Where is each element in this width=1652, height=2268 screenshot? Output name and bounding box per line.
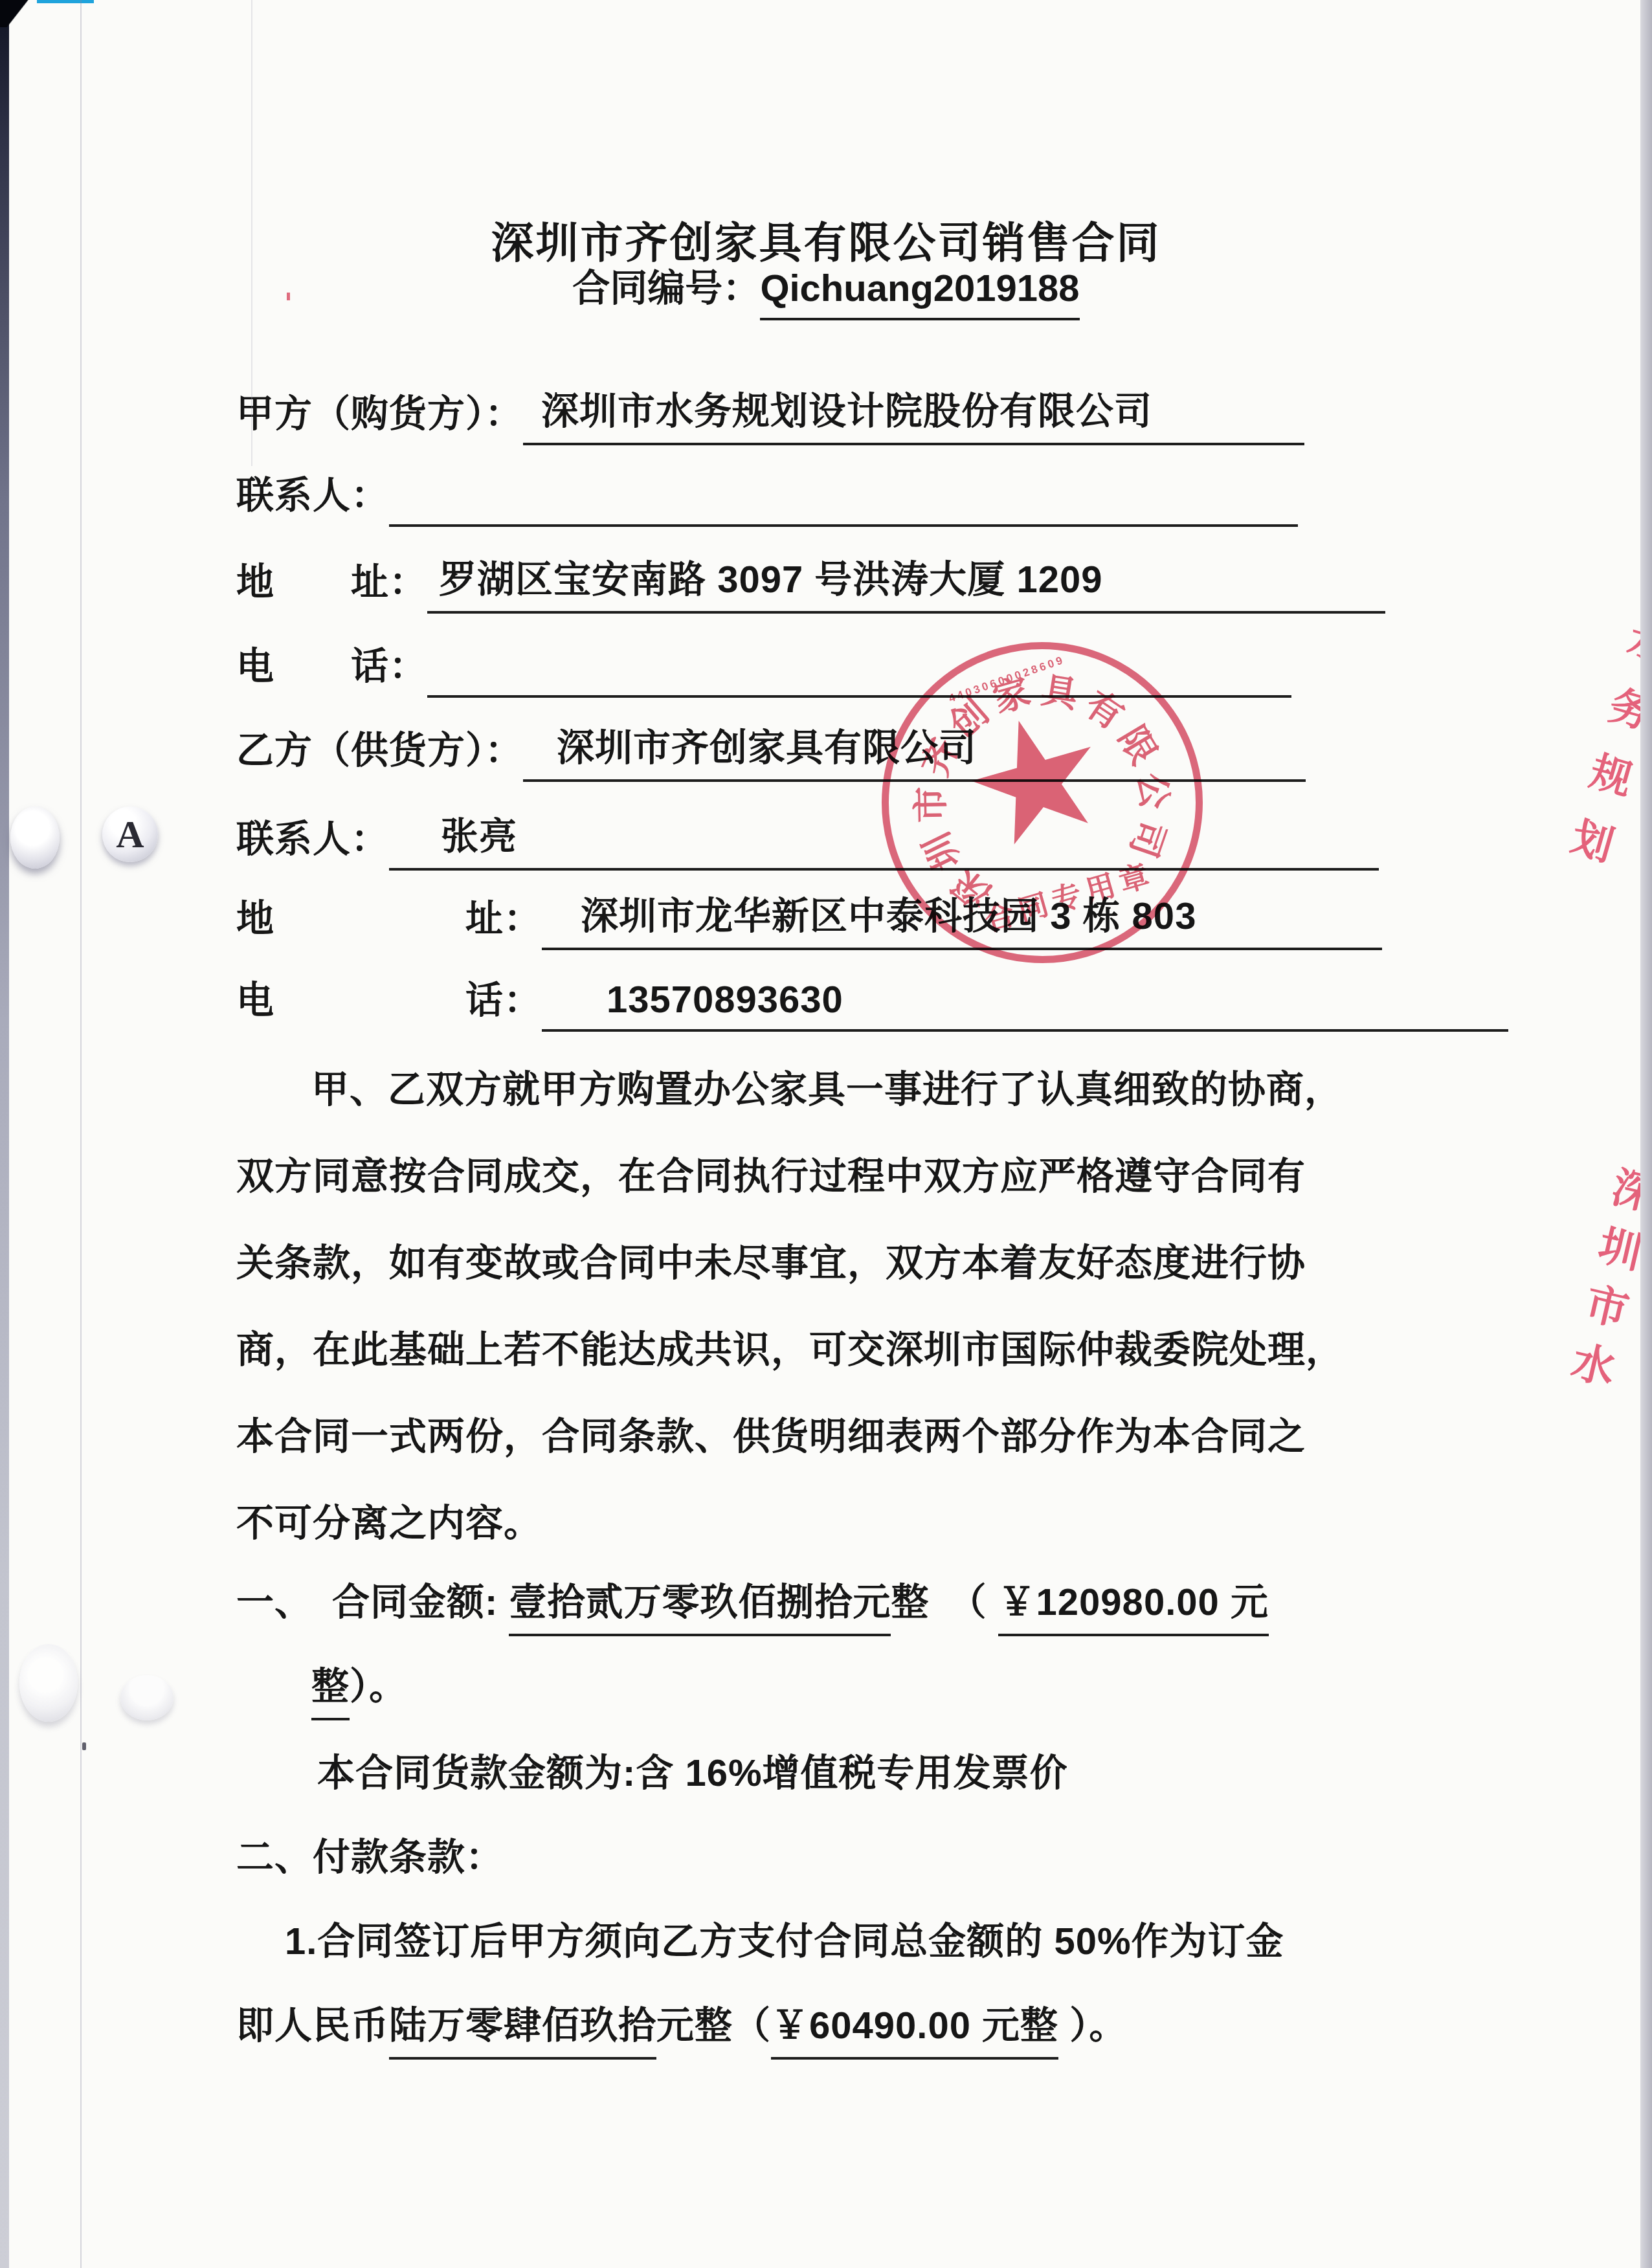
paragraph-line: 关条款，如有变故或合同中未尽事宜，双方本着友好态度进行协 [236,1232,1306,1287]
paragraph-line: 本合同一式两份，合同条款、供货明细表两个部分作为本合同之 [236,1406,1306,1460]
red-ink-speck [287,293,290,300]
paragraph-line: 不可分离之内容。 [236,1493,542,1547]
contact-b-row: 联系人： 张亮 [236,806,1379,871]
paren-open: （ [929,1572,998,1634]
page-letter: A [116,812,144,857]
dark-speck [82,1742,86,1750]
scan-blue-line-artifact [37,0,94,3]
vat-line: 本合同货款金额为:含 16%增值税专用发票价 [317,1742,1068,1797]
paper-dent [120,1675,173,1720]
scan-corner-shadow [0,0,41,27]
paragraph-line: 双方同意按合同成交，在合同执行过程中双方应严格遵守合同有 [236,1146,1306,1200]
address-a-label: 地 址： [236,551,427,614]
paper-crease [251,0,252,466]
phone-a-value [427,687,1291,698]
deposit-chinese: 陆万零肆佰玖拾 [389,1995,656,2060]
amount-wrap-tail: ）。 [350,1656,407,1718]
contract-number-label: 合同编号： [572,267,760,309]
amount-clause-wrap-line: 整）。 [311,1656,407,1720]
payment-section-title: 二、付款条款： [236,1827,504,1881]
phone-b-row: 电 话： 13570893630 [236,970,1508,1032]
payment-clause-1: 1.合同签订后甲方须向乙方支付合同总金额的 50%作为订金 [285,1911,1284,1965]
deposit-prefix: 即人民币 [236,1995,389,2057]
address-b-row: 地 址： 深圳市龙华新区中泰科技园 3 栋 803 [236,885,1382,950]
hole-punch-bump [19,1644,78,1722]
scan-edge-strip [0,0,9,2268]
address-a-row: 地 址： 罗湖区宝安南路 3097 号洪涛大厦 1209 [236,549,1385,614]
address-b-value: 深圳市龙华新区中泰科技园 3 栋 803 [542,885,1382,950]
party-b-row: 乙方（供货方）： 深圳市齐创家具有限公司 [236,717,1306,782]
party-a-row: 甲方（购货方）： 深圳市水务规划设计院股份有限公司 [236,381,1304,445]
party-a-value: 深圳市水务规划设计院股份有限公司 [523,381,1304,445]
amount-chinese-tail: 整 [891,1572,929,1634]
address-a-value: 罗湖区宝安南路 3097 号洪涛大厦 1209 [427,549,1385,614]
contact-a-label: 联系人： [236,465,389,527]
red-stamp-fragment-lower: 深圳市水 [1552,1161,1652,1407]
page-letter-mark: A [102,806,158,862]
scan-right-edge-band [1640,0,1652,2268]
deposit-tail: ）。 [1058,1995,1127,2057]
party-a-label: 甲方（购货方）： [236,383,523,445]
scanned-contract-page: 深圳市齐创家具有限公司销售合同 合同编号：Qichuang2019188 甲方（… [0,0,1652,2268]
amount-clause-line: 一、 合同金额: 壹拾贰万零玖佰捌拾元整 （ ￥120980.00 元 [236,1572,1269,1636]
contact-a-value [389,517,1298,527]
phone-a-label: 电 话： [236,636,427,698]
payment-clause-2: 即人民币陆万零肆佰玖拾元整（￥60490.00 元整 ）。 [236,1995,1127,2060]
party-b-label: 乙方（供货方）： [236,720,523,782]
contract-number-value: Qichuang2019188 [760,267,1079,320]
phone-a-row: 电 话： [236,636,1291,698]
paper-crease [80,0,82,2268]
red-stamp-fragment-upper: 水务规划 [1548,614,1652,894]
address-b-label: 地 址： [236,888,542,950]
deposit-mid: 元整（ [656,1995,771,2057]
contact-b-value: 张亮 [389,806,1379,871]
amount-numeric: ￥120980.00 元 [998,1572,1269,1636]
amount-prefix: 一、 合同金额: [236,1572,509,1634]
paragraph-line: 甲、乙双方就甲方购置办公家具一事进行了认真细致的协商， [311,1059,1343,1113]
hole-punch-bump [10,806,60,869]
contact-a-row: 联系人： [236,465,1298,527]
party-b-value: 深圳市齐创家具有限公司 [523,717,1306,782]
contact-b-label: 联系人： [236,808,389,871]
phone-b-value: 13570893630 [542,978,1508,1032]
phone-b-label: 电 话： [236,970,542,1032]
deposit-numeric: ￥60490.00 元整 [771,1995,1058,2060]
amount-wrap-char: 整 [311,1656,350,1720]
paragraph-line: 商，在此基础上若不能达成共识，可交深圳市国际仲裁委院处理， [236,1319,1344,1373]
contract-number-line: 合同编号：Qichuang2019188 [0,258,1652,320]
amount-chinese: 壹拾贰万零玖佰捌拾元 [509,1572,891,1636]
